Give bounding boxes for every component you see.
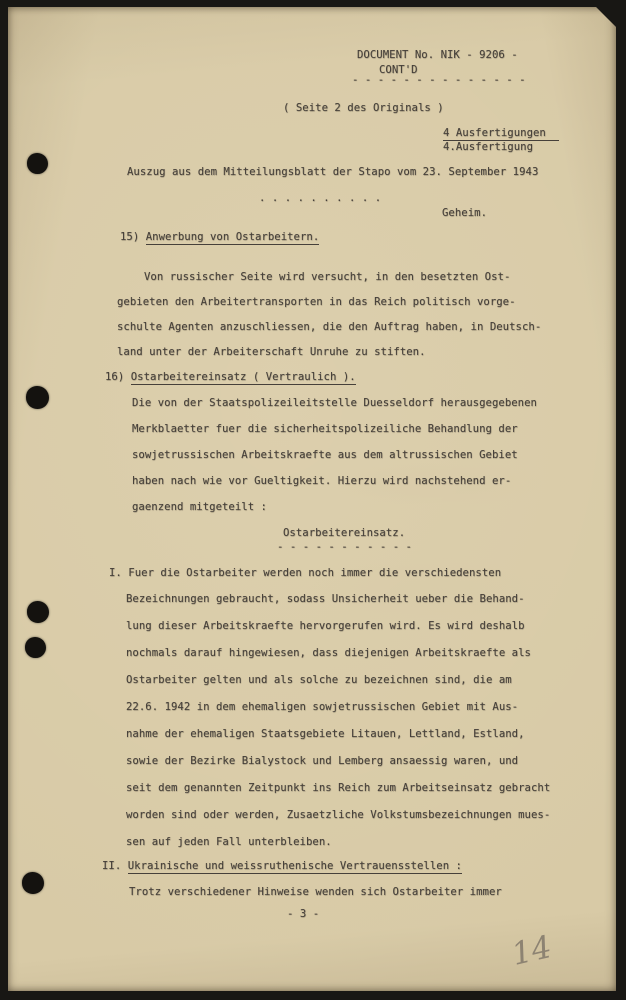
subheading-line: Ostarbeitereinsatz. [283,527,405,540]
line-text: schulte Agenten anzuschliessen, die den … [117,321,541,333]
section-II-heading: II. Ukrainische und weissruthenische Ver… [102,860,462,873]
paragraph-line: Ostarbeiter gelten und als solche zu bez… [126,674,512,687]
section-15-heading: 15) Anwerbung von Ostarbeitern. [120,231,319,244]
header-dashed-separator: - - - - - - - - - - - - - - [352,74,526,87]
paragraph-line: 22.6. 1942 in dem ehemaligen sowjetrussi… [126,701,518,714]
line-text: Ukrainische und weissruthenische Vertrau… [128,860,462,874]
punch-hole [22,872,44,894]
punch-hole [27,153,48,174]
line-text: 22.6. 1942 in dem ehemaligen sowjetrussi… [126,701,518,713]
dotted-separator: . . . . . . . . . . [259,192,381,205]
paragraph-line: lung dieser Arbeitskraefte hervorgerufen… [126,620,525,633]
document-number-line: DOCUMENT No. NIK - 9206 - [357,49,518,62]
paragraph-line: gebieten den Arbeitertransporten in das … [117,296,516,309]
line-text: Ostarbeitereinsatz ( Vertraulich ). [131,371,356,385]
line-text: - - - - - - - - - - - [277,541,412,553]
line-text: sowie der Bezirke Bialystock und Lemberg… [126,755,518,767]
line-text: 4.Ausfertigung [443,141,533,153]
paragraph-line: worden sind oder werden, Zusaetzliche Vo… [126,809,550,822]
classification-label: Geheim. [442,207,487,220]
dashed-separator: - - - - - - - - - - - [277,541,412,554]
punch-hole [25,637,46,658]
paragraph-line: sowjetrussischen Arbeitskraefte aus dem … [132,449,518,462]
line-text: - - - - - - - - - - - - - - [352,74,526,86]
line-text: Die von der Staatspolizeileitstelle Dues… [132,397,537,409]
line-prefix: 15) [120,231,146,243]
line-text: seit dem genannten Zeitpunkt ins Reich z… [126,782,550,794]
paragraph-line: nahme der ehemaligen Staatsgebiete Litau… [126,728,525,741]
paragraph-line: Die von der Staatspolizeileitstelle Dues… [132,397,537,410]
copy-number-line: 4.Ausfertigung [443,141,533,154]
paragraph-line: Bezeichnungen gebraucht, sodass Unsicher… [126,593,525,606]
typed-text-layer: DOCUMENT No. NIK - 9206 -CONT'D- - - - -… [0,0,626,1000]
line-text: Geheim. [442,207,487,219]
punch-hole [26,386,49,409]
line-text: Merkblaetter fuer die sicherheitspolizei… [132,423,518,435]
section-I-line: I. Fuer die Ostarbeiter werden noch imme… [109,567,501,580]
paragraph-line: Merkblaetter fuer die sicherheitspolizei… [132,423,518,436]
paragraph-line: sen auf jeden Fall unterbleiben. [126,836,332,849]
original-page-note: ( Seite 2 des Originals ) [283,102,444,115]
page-number-line: - 3 - [287,908,319,921]
paragraph-line: sowie der Bezirke Bialystock und Lemberg… [126,755,518,768]
paragraph-line: haben nach wie vor Gueltigkeit. Hierzu w… [132,475,511,488]
document-scan: DOCUMENT No. NIK - 9206 -CONT'D- - - - -… [0,0,626,1000]
source-line: Auszug aus dem Mitteilungsblatt der Stap… [127,166,538,179]
line-prefix: II. [102,860,128,872]
line-text: gebieten den Arbeitertransporten in das … [117,296,516,308]
line-text: sowjetrussischen Arbeitskraefte aus dem … [132,449,518,461]
line-text: DOCUMENT No. NIK - 9206 - [357,49,518,61]
line-text: land unter der Arbeiterschaft Unruhe zu … [117,346,426,358]
line-text: lung dieser Arbeitskraefte hervorgerufen… [126,620,525,632]
line-text: ( Seite 2 des Originals ) [283,102,444,114]
copies-note-line: 4 Ausfertigungen [443,127,559,140]
paragraph-line: seit dem genannten Zeitpunkt ins Reich z… [126,782,550,795]
paragraph-line: schulte Agenten anzuschliessen, die den … [117,321,541,334]
line-text: gaenzend mitgeteilt : [132,501,267,513]
line-text: Von russischer Seite wird versucht, in d… [144,271,510,283]
line-prefix: 16) [105,371,131,383]
paragraph-line: Trotz verschiedener Hinweise wenden sich… [129,886,502,899]
line-text: sen auf jeden Fall unterbleiben. [126,836,332,848]
paragraph-line: Von russischer Seite wird versucht, in d… [144,271,510,284]
line-text: Ostarbeiter gelten und als solche zu bez… [126,674,512,686]
line-text: . . . . . . . . . . [259,192,381,204]
paragraph-line: land unter der Arbeiterschaft Unruhe zu … [117,346,426,359]
line-text: Auszug aus dem Mitteilungsblatt der Stap… [127,166,538,178]
line-text: haben nach wie vor Gueltigkeit. Hierzu w… [132,475,511,487]
line-text: Ostarbeitereinsatz. [283,527,405,539]
paragraph-line: gaenzend mitgeteilt : [132,501,267,514]
line-text: worden sind oder werden, Zusaetzliche Vo… [126,809,550,821]
paragraph-line: nochmals darauf hingewiesen, dass diejen… [126,647,531,660]
line-text: - 3 - [287,908,319,920]
handwritten-page-number: 14 [509,930,555,972]
line-text: Bezeichnungen gebraucht, sodass Unsicher… [126,593,525,605]
line-text: Anwerbung von Ostarbeitern. [146,231,320,245]
line-prefix: I. [109,567,128,579]
line-text: Trotz verschiedener Hinweise wenden sich… [129,886,502,898]
line-text: nochmals darauf hingewiesen, dass diejen… [126,647,531,659]
section-16-heading: 16) Ostarbeitereinsatz ( Vertraulich ). [105,371,356,384]
line-text: Fuer die Ostarbeiter werden noch immer d… [128,567,501,579]
punch-hole [27,601,49,623]
line-text: 4 Ausfertigungen [443,127,559,141]
line-text: nahme der ehemaligen Staatsgebiete Litau… [126,728,525,740]
